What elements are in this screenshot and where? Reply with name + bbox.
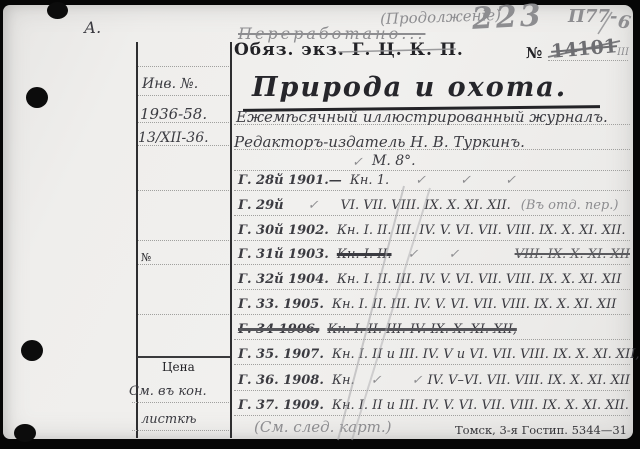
shelf-code-digit: 6: [616, 11, 632, 34]
year-label: Г. 34 1906.: [238, 322, 319, 337]
punch-hole-top: [47, 2, 68, 19]
number-label: №: [526, 44, 542, 62]
corner-letter: А.: [84, 18, 101, 37]
ruled-line: [138, 264, 229, 265]
format-check: ✓: [352, 155, 363, 170]
number-value-crossed: 14101: [550, 35, 618, 63]
journal-title: Природа и охота.: [252, 72, 567, 103]
punch-hole-bottom: [14, 424, 36, 442]
holdings-row-1903: Г. 31й 1903.Кн. I. II.✓ ✓VIII. IX. X. XI…: [238, 247, 632, 269]
punch-hole-upper: [26, 87, 48, 108]
issues: Кн. I. II и III. IV. V и VI. VII. VIII. …: [332, 347, 640, 362]
journal-editor: Редакторъ-издатель Н. В. Туркинъ.: [234, 133, 525, 151]
issues: Кн. I. II. III. IV. V. VI. VII. VIII. IX…: [337, 223, 626, 238]
issues: VI. VII. VIII. IX. X. XI. XII.: [340, 198, 510, 213]
year-label: Г. 36. 1908.: [238, 373, 324, 388]
price-section-rule: [137, 356, 230, 358]
ruled-line: [138, 240, 229, 241]
number-field: 14101III: [551, 38, 629, 60]
holdings-row-1901: Г. 28й 1901.—Кн. 1.✓ ✓ ✓: [238, 173, 632, 195]
issues: Кн. I. II. III. IV. V. VI. VII. VIII. IX…: [332, 297, 617, 312]
year-label: Г. 28й 1901.—: [238, 173, 342, 188]
ruled-line: [138, 95, 229, 96]
holdings-row-1907: Г. 35. 1907.Кн. I. II и III. IV. V и VI.…: [238, 347, 632, 369]
holdings-row-1904: Г. 32й 1904.Кн. I. II. III. IV. V. VI. V…: [238, 272, 632, 294]
issues-crossed-right: VIII. IX. X. XI. XII: [515, 247, 630, 262]
issues: Кн. I. II. III. IV. V. VI. VII. VIII. IX…: [337, 272, 622, 287]
price-note-2: листкѣ: [141, 412, 197, 427]
year-label: Г. 31й 1903.: [238, 247, 329, 262]
issues-right: IV. V–VI. VII. VIII. IX. X. XI. XII: [427, 373, 630, 388]
check-marks: ✓ ✓ ✓: [415, 173, 516, 188]
pencil-page-number: 223: [471, 0, 544, 37]
holdings-row-1902: Г. 30й 1902.Кн. I. II. III. IV. V. VI. V…: [238, 223, 632, 245]
issues: Кн. 1.: [350, 173, 389, 188]
issues-crossed: Кн. I. II.: [337, 247, 392, 262]
punch-hole-lower: [21, 340, 43, 361]
price-label: Цена: [162, 360, 195, 374]
catalog-card-scan: А. (Продолженіе) 223 П77-6 Переработано.…: [0, 0, 640, 449]
check-marks: ✓ ✓: [371, 373, 423, 388]
holdings-row-1901b: Г. 29й✓VI. VII. VIII. IX. X. XI. XII.(Въ…: [238, 198, 632, 220]
binding-note: (Въ отд. пер.): [521, 198, 619, 213]
inventory-number: 1936-58.: [140, 105, 207, 123]
ruled-line: [138, 66, 229, 67]
obligatory-copy-stamp: Обяз. экз. Г. Ц. К. П.: [234, 40, 464, 60]
journal-format: М. 8°.: [372, 153, 416, 169]
holdings-row-1909: Г. 37. 1909.Кн. I. II и III. IV. V. VI. …: [238, 398, 632, 420]
year-label: Г. 35. 1907.: [238, 347, 324, 362]
issues: Кн. I. II и III. IV. V. VI. VII. VIII. I…: [332, 398, 629, 413]
year-label: Г. 32й 1904.: [238, 272, 329, 287]
shelf-code-head: П77-: [568, 6, 618, 27]
see-next-card-note: (См. след. карт.): [254, 418, 392, 436]
year-label: Г. 33. 1905.: [238, 297, 324, 312]
journal-subtitle: Ежемѣсячный иллюстрированный журналъ.: [236, 108, 608, 126]
check-marks: ✓ ✓: [408, 247, 460, 262]
ruled-line: [132, 430, 229, 431]
number-column-label: №: [141, 251, 151, 264]
inventory-label: Инв. №.: [142, 76, 198, 92]
issues: Кн.: [332, 373, 355, 388]
check-marks: ✓: [308, 198, 319, 213]
price-note-1: См. въ кон.: [129, 384, 207, 399]
holdings-row-1906-crossed: Г. 34 1906.Кн. I. II. III. IV. IX. X. XI…: [238, 322, 632, 344]
ruled-line: [138, 190, 229, 191]
printer-imprint: Томск, 3-я Гостип. 5344—31: [455, 423, 627, 437]
issues: Кн. I. II. III. IV. IX. X. XI. XII,: [327, 322, 517, 337]
ruled-line: [132, 402, 229, 403]
ruled-line: [234, 170, 630, 171]
year-label: Г. 30й 1902.: [238, 223, 329, 238]
number-suffix: III: [617, 47, 629, 58]
year-label: Г. 37. 1909.: [238, 398, 324, 413]
shelf-code: П77-6: [568, 6, 630, 27]
holdings-row-1905: Г. 33. 1905.Кн. I. II. III. IV. V. VI. V…: [238, 297, 632, 319]
ruled-line: [138, 314, 229, 315]
inventory-date: 13/XII-36.: [138, 130, 209, 146]
column-rule-right: [230, 42, 232, 438]
year-label: Г. 29й: [238, 198, 284, 213]
holdings-row-1908: Г. 36. 1908.Кн.✓ ✓IV. V–VI. VII. VIII. I…: [238, 373, 632, 395]
